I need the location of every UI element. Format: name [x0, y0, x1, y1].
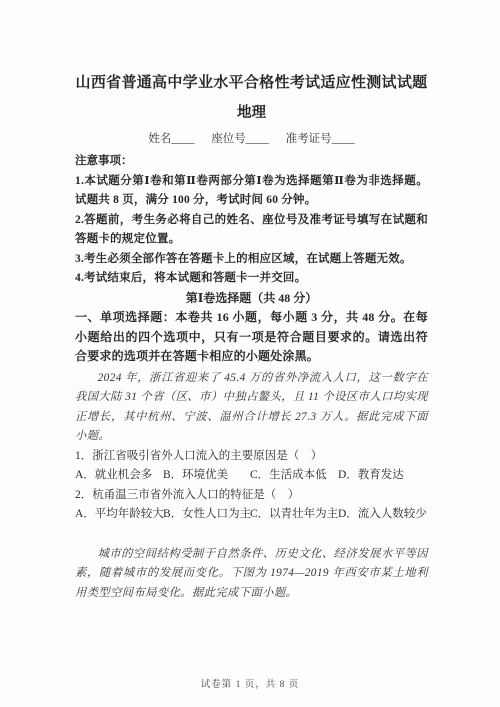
- subject-title: 地理: [75, 104, 428, 122]
- question-1-text: 浙江省吸引省外人口流入的主要原因是（ ）: [92, 450, 322, 462]
- name-label: 姓名: [148, 133, 171, 145]
- section1-header: 第Ⅰ卷选择题（共 48 分）: [75, 289, 428, 309]
- admission-ticket-blank: ____: [332, 133, 355, 145]
- notice-heading: 注意事项：: [75, 152, 428, 172]
- admission-ticket-label: 准考证号: [286, 133, 332, 145]
- admission-ticket-field: 准考证号____: [286, 133, 355, 145]
- passage-2: 城市的空间结构受制于自然条件、历史文化、经济发展水平等因素，随着城市的发展而变化…: [75, 545, 428, 604]
- question-1-option-c: C．生活成本低: [250, 466, 338, 486]
- question-2-option-a: A．平均年龄较大: [75, 505, 163, 525]
- question-1-option-b: B．环境优美: [163, 466, 250, 486]
- name-blank: ____: [171, 133, 194, 145]
- question-2-text: 杭甬温三市省外流入人口的特征是（ ）: [92, 489, 299, 501]
- question-2: 2．杭甬温三市省外流入人口的特征是（ ） A．平均年龄较大 B．女性人口为主 C…: [75, 486, 428, 525]
- question-1: 1．浙江省吸引省外人口流入的主要原因是（ ） A．就业机会多 B．环境优美 C．…: [75, 447, 428, 486]
- seat-number-blank: ____: [246, 133, 269, 145]
- question-2-option-c: C．以青壮年为主: [250, 505, 338, 525]
- notice-section: 注意事项： 1.本试题分第Ⅰ卷和第Ⅱ卷两部分第Ⅰ卷为选择题第Ⅱ卷为非选择题。试题…: [75, 152, 428, 289]
- section1-instructions: 一、单项选择题：本卷共 16 小题，每小题 3 分，共 48 分。在每小题给出的…: [75, 308, 428, 367]
- notice-item-3: 3.考生必须全部作答在答题卡上的相应区域，在试题上答题无效。: [75, 250, 428, 270]
- seat-number-label: 座位号: [211, 133, 246, 145]
- passage-1: 2024 年，浙江省迎来了 45.4 万的省外净流入人口，这一数字在我国大陆 3…: [75, 369, 428, 447]
- question-2-options: A．平均年龄较大 B．女性人口为主 C．以青壮年为主 D．流入人数较少: [75, 505, 428, 525]
- notice-item-4: 4.考试结束后，将本试题和答题卡一并交回。: [75, 269, 428, 289]
- notice-item-2: 2.答题前，考生务必将自己的姓名、座位号及准考证号填写在试题和答题卡的规定位置。: [75, 211, 428, 250]
- question-1-option-d: D．教育发达: [338, 466, 428, 486]
- page-footer: 试卷第 1 页，共 8 页: [0, 676, 500, 690]
- name-field: 姓名____: [148, 133, 194, 145]
- question-2-option-d: D．流入人数较少: [338, 505, 428, 525]
- question-1-stem: 1．浙江省吸引省外人口流入的主要原因是（ ）: [75, 447, 428, 467]
- question-1-number: 1．: [75, 450, 92, 462]
- question-2-option-b: B．女性人口为主: [163, 505, 250, 525]
- question-2-stem: 2．杭甬温三市省外流入人口的特征是（ ）: [75, 486, 428, 506]
- page-title: 山西省普通高中学业水平合格性考试适应性测试试题: [75, 0, 428, 92]
- question-1-option-a: A．就业机会多: [75, 466, 163, 486]
- exam-page: 山西省普通高中学业水平合格性考试适应性测试试题 地理 姓名____ 座位号___…: [0, 0, 500, 707]
- candidate-info-line: 姓名____ 座位号____ 准考证号____: [75, 131, 428, 147]
- question-2-number: 2．: [75, 489, 92, 501]
- seat-number-field: 座位号____: [211, 133, 269, 145]
- question-1-options: A．就业机会多 B．环境优美 C．生活成本低 D．教育发达: [75, 466, 428, 486]
- notice-item-1: 1.本试题分第Ⅰ卷和第Ⅱ卷两部分第Ⅰ卷为选择题第Ⅱ卷为非选择题。试题共 8 页，…: [75, 172, 428, 211]
